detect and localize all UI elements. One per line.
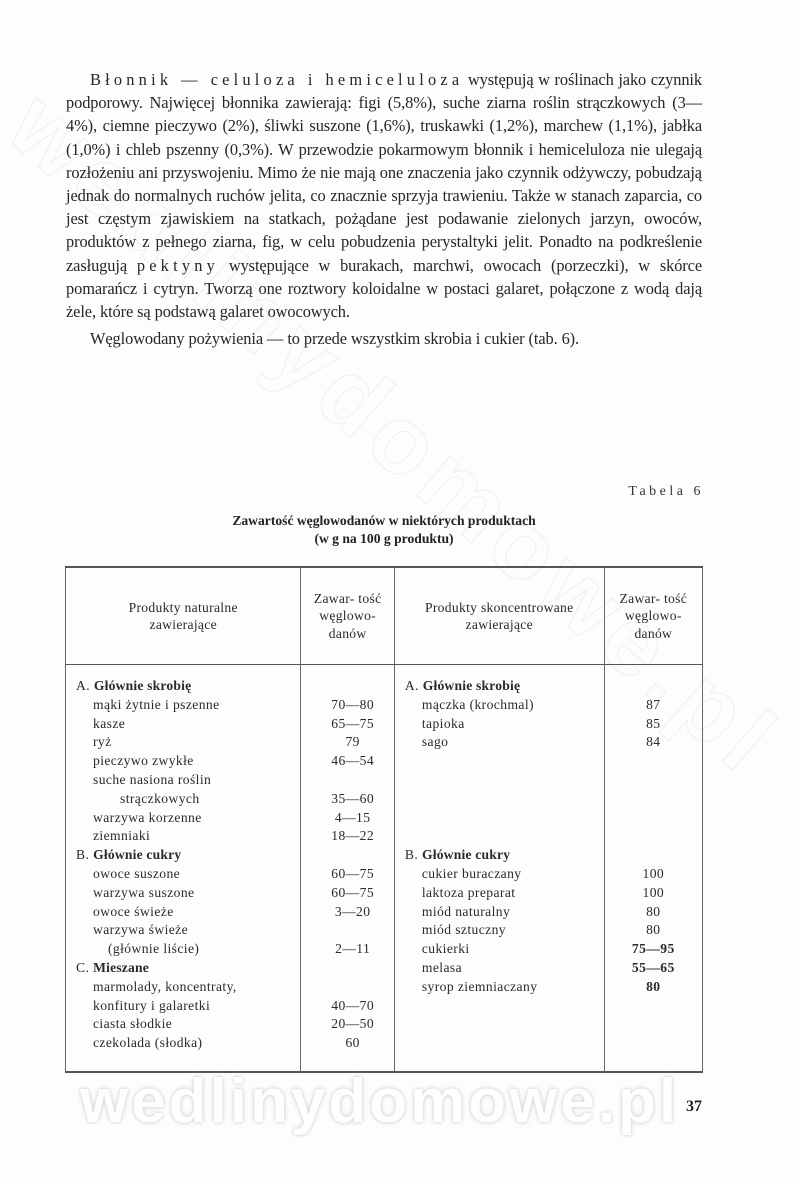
- product-name: [395, 771, 604, 790]
- carb-content-value: 60—75: [301, 865, 393, 884]
- product-name: owoce suszone: [66, 865, 300, 884]
- carb-content-value: 100: [605, 865, 702, 884]
- carb-content-value: 75—95: [605, 940, 702, 959]
- product-name: laktoza preparat: [395, 884, 604, 903]
- carb-content-value: 20—50: [301, 1015, 393, 1034]
- carbohydrate-table: Produkty naturalne zawierające Zawar- to…: [65, 566, 703, 1073]
- product-name: syrop ziemniaczany: [395, 978, 604, 997]
- product-name: kasze: [66, 715, 300, 734]
- natural-values-column: 70—8065—757946—5435—604—1518—2260—7560—7…: [301, 665, 394, 1072]
- paragraph-carbohydrates: Węglowodany pożywienia — to przede wszys…: [66, 327, 702, 350]
- carb-content-value: 55—65: [605, 959, 702, 978]
- section-heading: B. Głównie cukry: [66, 846, 300, 865]
- product-name: miód sztuczny: [395, 921, 604, 940]
- header-concentrated-products: Produkty skoncentrowane zawierające: [394, 567, 604, 665]
- term-fiber: Błonnik — celuloza i hemiceluloza: [90, 70, 463, 89]
- product-name: (głównie liście): [66, 940, 300, 959]
- carb-content-value: [605, 752, 702, 771]
- carb-content-value: [301, 771, 393, 790]
- carb-content-value: [605, 771, 702, 790]
- carb-content-value: 80: [605, 978, 702, 997]
- product-name: warzywa suszone: [66, 884, 300, 903]
- product-name: suche nasiona roślin: [66, 771, 300, 790]
- carb-content-value: [605, 790, 702, 809]
- header-natural-products: Produkty naturalne zawierające: [66, 567, 301, 665]
- product-name: czekolada (słodka): [66, 1034, 300, 1053]
- carb-content-value: [301, 921, 393, 940]
- book-page: wedlinydomowe.pl Błonnik — celuloza i he…: [0, 0, 800, 1183]
- section-heading: A. Głównie skrobię: [66, 677, 300, 696]
- natural-products-column: A. Głównie skrobięmąki żytnie i pszennek…: [66, 665, 301, 1072]
- carb-content-value: 46—54: [301, 752, 393, 771]
- product-name: strączkowych: [66, 790, 300, 809]
- carb-content-value: 70—80: [301, 696, 393, 715]
- product-name: konfitury i galaretki: [66, 997, 300, 1016]
- product-name: ziemniaki: [66, 827, 300, 846]
- carb-content-value: 60: [301, 1034, 393, 1053]
- carb-content-value: [301, 677, 393, 696]
- product-name: ryż: [66, 733, 300, 752]
- section-heading: B. Głównie cukry: [395, 846, 604, 865]
- product-name: [395, 809, 604, 828]
- carb-content-value: [605, 827, 702, 846]
- product-name: [395, 752, 604, 771]
- page-number: 37: [686, 1098, 702, 1116]
- carb-content-value: 35—60: [301, 790, 393, 809]
- header-content-concentrated: Zawar- tość węglowo- danów: [604, 567, 702, 665]
- section-heading: A. Głównie skrobię: [395, 677, 604, 696]
- concentrated-values-column: 878584100100808075—9555—6580: [604, 665, 702, 1072]
- product-name: mąki żytnie i pszenne: [66, 696, 300, 715]
- carb-content-value: 3—20: [301, 903, 393, 922]
- product-name: warzywa korzenne: [66, 809, 300, 828]
- carb-content-value: 79: [301, 733, 393, 752]
- carb-content-value: 85: [605, 715, 702, 734]
- product-name: [395, 790, 604, 809]
- header-content-natural: Zawar- tość węglowo- danów: [301, 567, 394, 665]
- table-title: Zawartość węglowodanów w niektórych prod…: [66, 512, 702, 548]
- product-name: pieczywo zwykłe: [66, 752, 300, 771]
- product-name: warzywa świeże: [66, 921, 300, 940]
- carb-content-value: [301, 978, 393, 997]
- product-name: ciasta słodkie: [66, 1015, 300, 1034]
- footer-watermark: wedlinydomowe.pl: [80, 1066, 679, 1137]
- carb-content-value: 4—15: [301, 809, 393, 828]
- carb-content-value: 65—75: [301, 715, 393, 734]
- carb-content-value: 40—70: [301, 997, 393, 1016]
- carb-content-value: [605, 846, 702, 865]
- body-text: Błonnik — celuloza i hemiceluloza występ…: [66, 68, 702, 350]
- carb-content-value: [605, 677, 702, 696]
- product-name: melasa: [395, 959, 604, 978]
- product-name: cukier buraczany: [395, 865, 604, 884]
- product-name: miód naturalny: [395, 903, 604, 922]
- term-pectins: pektyny: [137, 256, 219, 275]
- product-name: sago: [395, 733, 604, 752]
- carb-content-value: 84: [605, 733, 702, 752]
- carb-content-value: 2—11: [301, 940, 393, 959]
- product-name: [395, 827, 604, 846]
- carb-content-value: 100: [605, 884, 702, 903]
- product-name: owoce świeże: [66, 903, 300, 922]
- table-label: Tabela 6: [628, 484, 704, 500]
- product-name: cukierki: [395, 940, 604, 959]
- carb-content-value: [605, 809, 702, 828]
- concentrated-products-column: A. Głównie skrobięmączka (krochmal)tapio…: [394, 665, 604, 1072]
- carb-content-value: [301, 959, 393, 978]
- paragraph-fiber: Błonnik — celuloza i hemiceluloza występ…: [66, 68, 702, 323]
- carb-content-value: 87: [605, 696, 702, 715]
- product-name: tapioka: [395, 715, 604, 734]
- section-heading: C. Mieszane: [66, 959, 300, 978]
- carb-content-value: 60—75: [301, 884, 393, 903]
- carb-content-value: 80: [605, 903, 702, 922]
- carb-content-value: [301, 846, 393, 865]
- carb-content-value: 80: [605, 921, 702, 940]
- product-name: marmolady, koncentraty,: [66, 978, 300, 997]
- carb-content-value: 18—22: [301, 827, 393, 846]
- product-name: mączka (krochmal): [395, 696, 604, 715]
